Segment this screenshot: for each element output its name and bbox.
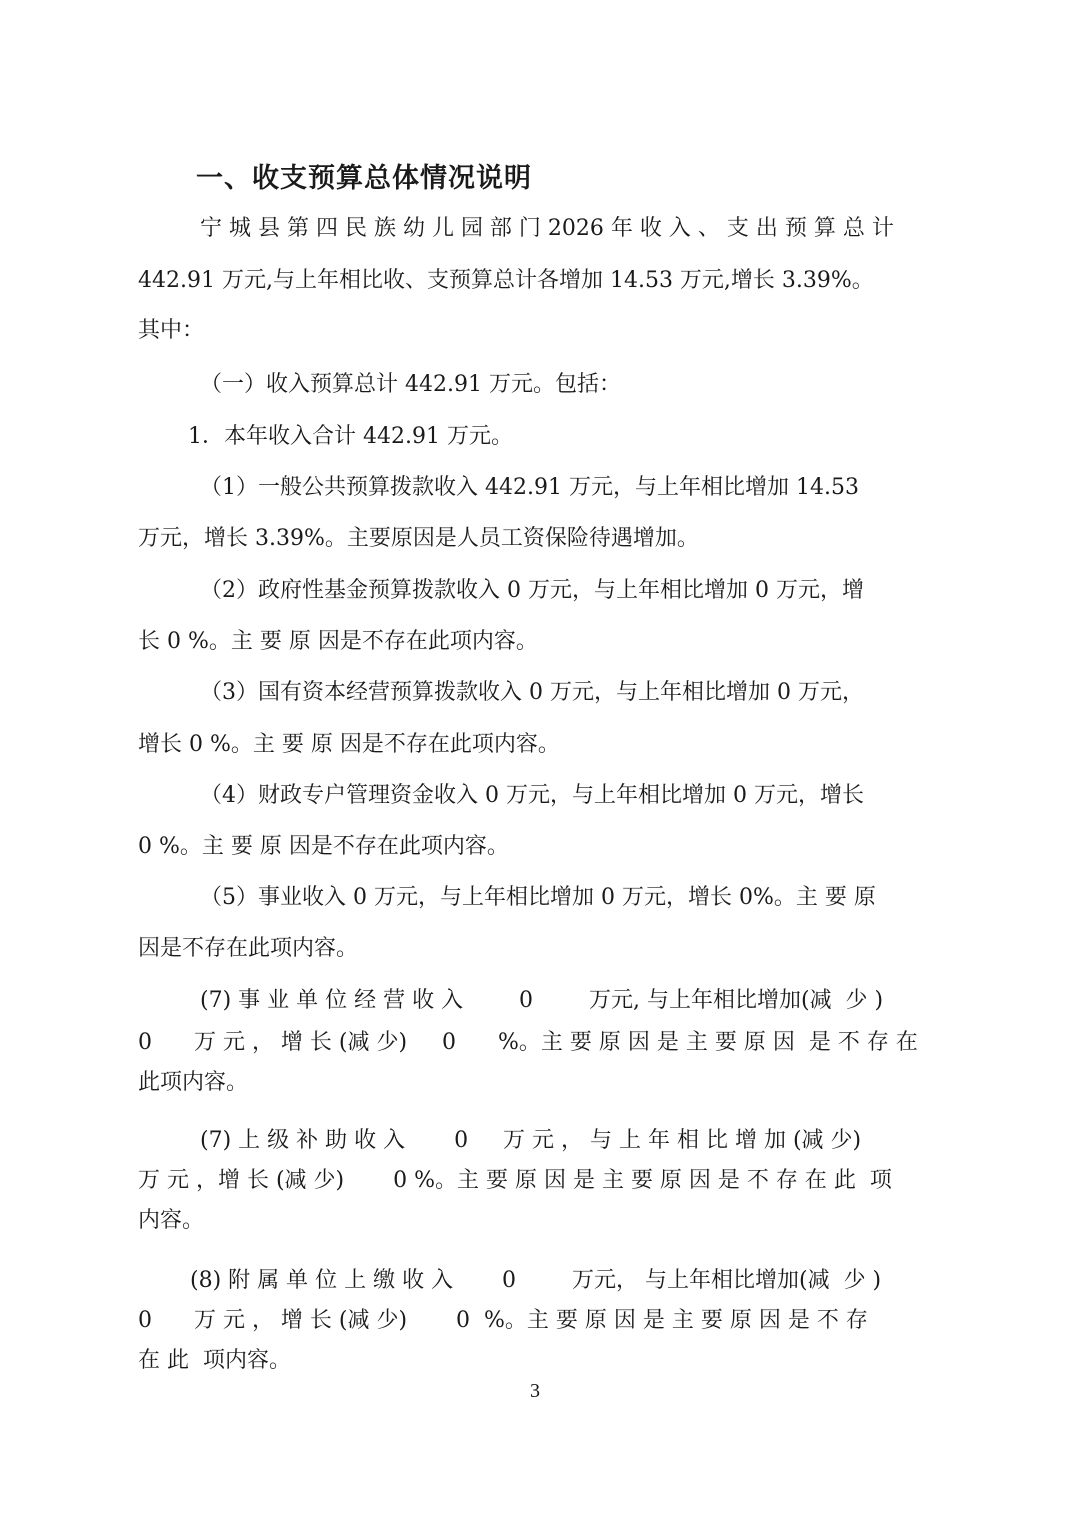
text-line: 0 万 元 ， 增 长 (减 少) 0 %。主 要 原 因 是 主 要 原 因 … bbox=[138, 1306, 868, 1336]
text-line: 宁 城 县 第 四 民 族 幼 儿 园 部 门 2026 年 收 入 、 支 出… bbox=[200, 214, 894, 244]
text-line: 在 此 项内容。 bbox=[138, 1346, 291, 1376]
text-line: （3）国有资本经营预算拨款收入 0 万元，与上年相比增加 0 万元， bbox=[200, 678, 864, 708]
text-line: 0 %。主 要 原 因是不存在此项内容。 bbox=[138, 832, 509, 862]
text-line: 内容。 bbox=[138, 1206, 204, 1236]
text-line: 1．本年收入合计 442.91 万元。 bbox=[188, 422, 513, 452]
text-line: 0 万 元 ， 增 长 (减 少) 0 %。主 要 原 因 是 主 要 原 因 … bbox=[138, 1028, 918, 1058]
text-line: （2）政府性基金预算拨款收入 0 万元，与上年相比增加 0 万元，增 bbox=[200, 576, 864, 606]
text-line: 因是不存在此项内容。 bbox=[138, 934, 358, 964]
section-heading: 一、收支预算总体情况说明 bbox=[196, 156, 532, 195]
text-line: 增长 0 %。主 要 原 因是不存在此项内容。 bbox=[138, 730, 560, 760]
text-line: (7) 事 业 单 位 经 营 收 入 0 万元, 与上年相比增加(减 少 ) bbox=[200, 986, 883, 1016]
text-line: （1）一般公共预算拨款收入 442.91 万元，与上年相比增加 14.53 bbox=[200, 473, 859, 503]
text-line: (8) 附 属 单 位 上 缴 收 入 0 万元， 与上年相比增加(减 少 ) bbox=[190, 1266, 881, 1296]
text-line: （一）收入预算总计 442.91 万元。包括： bbox=[200, 370, 621, 400]
text-line: 此项内容。 bbox=[138, 1068, 248, 1098]
page-number: 3 bbox=[530, 1380, 540, 1403]
text-line: (7) 上 级 补 助 收 入 0 万 元 ， 与 上 年 相 比 增 加 (减… bbox=[200, 1126, 861, 1156]
text-line: （4）财政专户管理资金收入 0 万元，与上年相比增加 0 万元，增长 bbox=[200, 781, 864, 811]
text-line: 442.91 万元,与上年相比收、支预算总计各增加 14.53 万元,增长 3.… bbox=[138, 266, 874, 296]
text-line: 其中： bbox=[138, 316, 204, 346]
text-line: 万 元 ，增 长 (减 少) 0 %。主 要 原 因 是 主 要 原 因 是 不… bbox=[138, 1166, 892, 1196]
text-line: 长 0 %。主 要 原 因是不存在此项内容。 bbox=[138, 627, 538, 657]
text-line: （5）事业收入 0 万元，与上年相比增加 0 万元，增长 0%。主 要 原 bbox=[200, 883, 876, 913]
text-line: 万元，增长 3.39%。主要原因是人员工资保险待遇增加。 bbox=[138, 524, 699, 554]
